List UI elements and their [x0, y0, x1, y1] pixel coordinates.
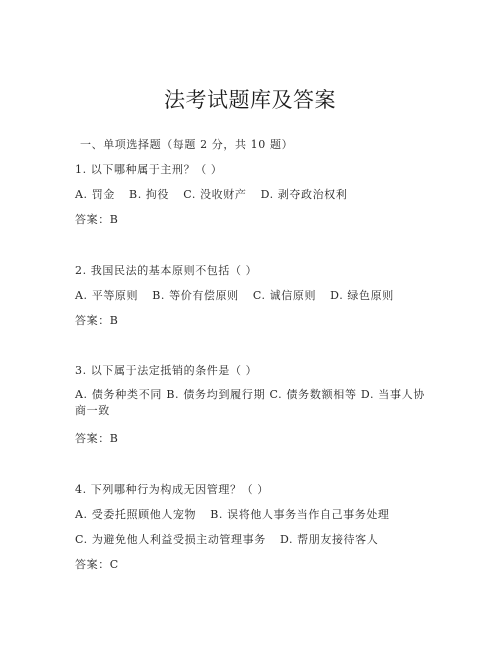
question-1-stem: 1. 以下哪种属于主刑？（ ） [75, 163, 223, 177]
question-3-stem: 3. 以下属于法定抵销的条件是（ ） [75, 364, 257, 378]
question-4-options-row-1: A. 受委托照顾他人宠物 B. 误将他人事务当作自己事务处理 [75, 508, 390, 522]
question-1-option-c: C. 没收财产 [183, 188, 246, 201]
question-1-options: A. 罚金 B. 拘役 C. 没收财产 D. 剥夺政治权利 [75, 188, 347, 202]
question-2-option-c: C. 诚信原则 [253, 289, 316, 302]
question-4-option-d: D. 帮朋友接待客人 [280, 533, 378, 546]
question-2-answer: 答案：B [75, 314, 118, 328]
question-4-option-b: B. 误将他人事务当作自己事务处理 [210, 508, 389, 521]
question-2-option-b: B. 等价有偿原则 [152, 289, 238, 302]
question-4-answer: 答案：C [75, 558, 119, 572]
question-4-options-row-2: C. 为避免他人利益受损主动管理事务 D. 帮朋友接待客人 [75, 533, 378, 547]
question-1-option-a: A. 罚金 [75, 188, 115, 201]
question-1-option-d: D. 剥夺政治权利 [261, 188, 348, 201]
document-page: 法考试题库及答案 一、单项选择题（每题 2 分，共 10 题） 1. 以下哪种属… [0, 0, 500, 647]
document-title: 法考试题库及答案 [0, 84, 500, 114]
question-2-option-a: A. 平等原则 [75, 289, 138, 302]
question-4-option-c: C. 为避免他人利益受损主动管理事务 [75, 533, 266, 546]
question-3-answer: 答案：B [75, 432, 118, 446]
section-heading: 一、单项选择题（每题 2 分，共 10 题） [80, 138, 293, 152]
question-2-option-d: D. 绿色原则 [330, 289, 394, 302]
question-2-options: A. 平等原则 B. 等价有偿原则 C. 诚信原则 D. 绿色原则 [75, 289, 394, 303]
question-4-option-a: A. 受委托照顾他人宠物 [75, 508, 196, 521]
question-3-options: A. 债务种类不同 B. 债务均到履行期 C. 债务数额相等 D. 当事人协商一… [75, 387, 425, 419]
question-4-stem: 4. 下列哪种行为构成无因管理？（ ） [75, 483, 269, 497]
question-2-stem: 2. 我国民法的基本原则不包括（ ） [75, 264, 257, 278]
question-1-answer: 答案：B [75, 213, 118, 227]
question-1-option-b: B. 拘役 [129, 188, 169, 201]
